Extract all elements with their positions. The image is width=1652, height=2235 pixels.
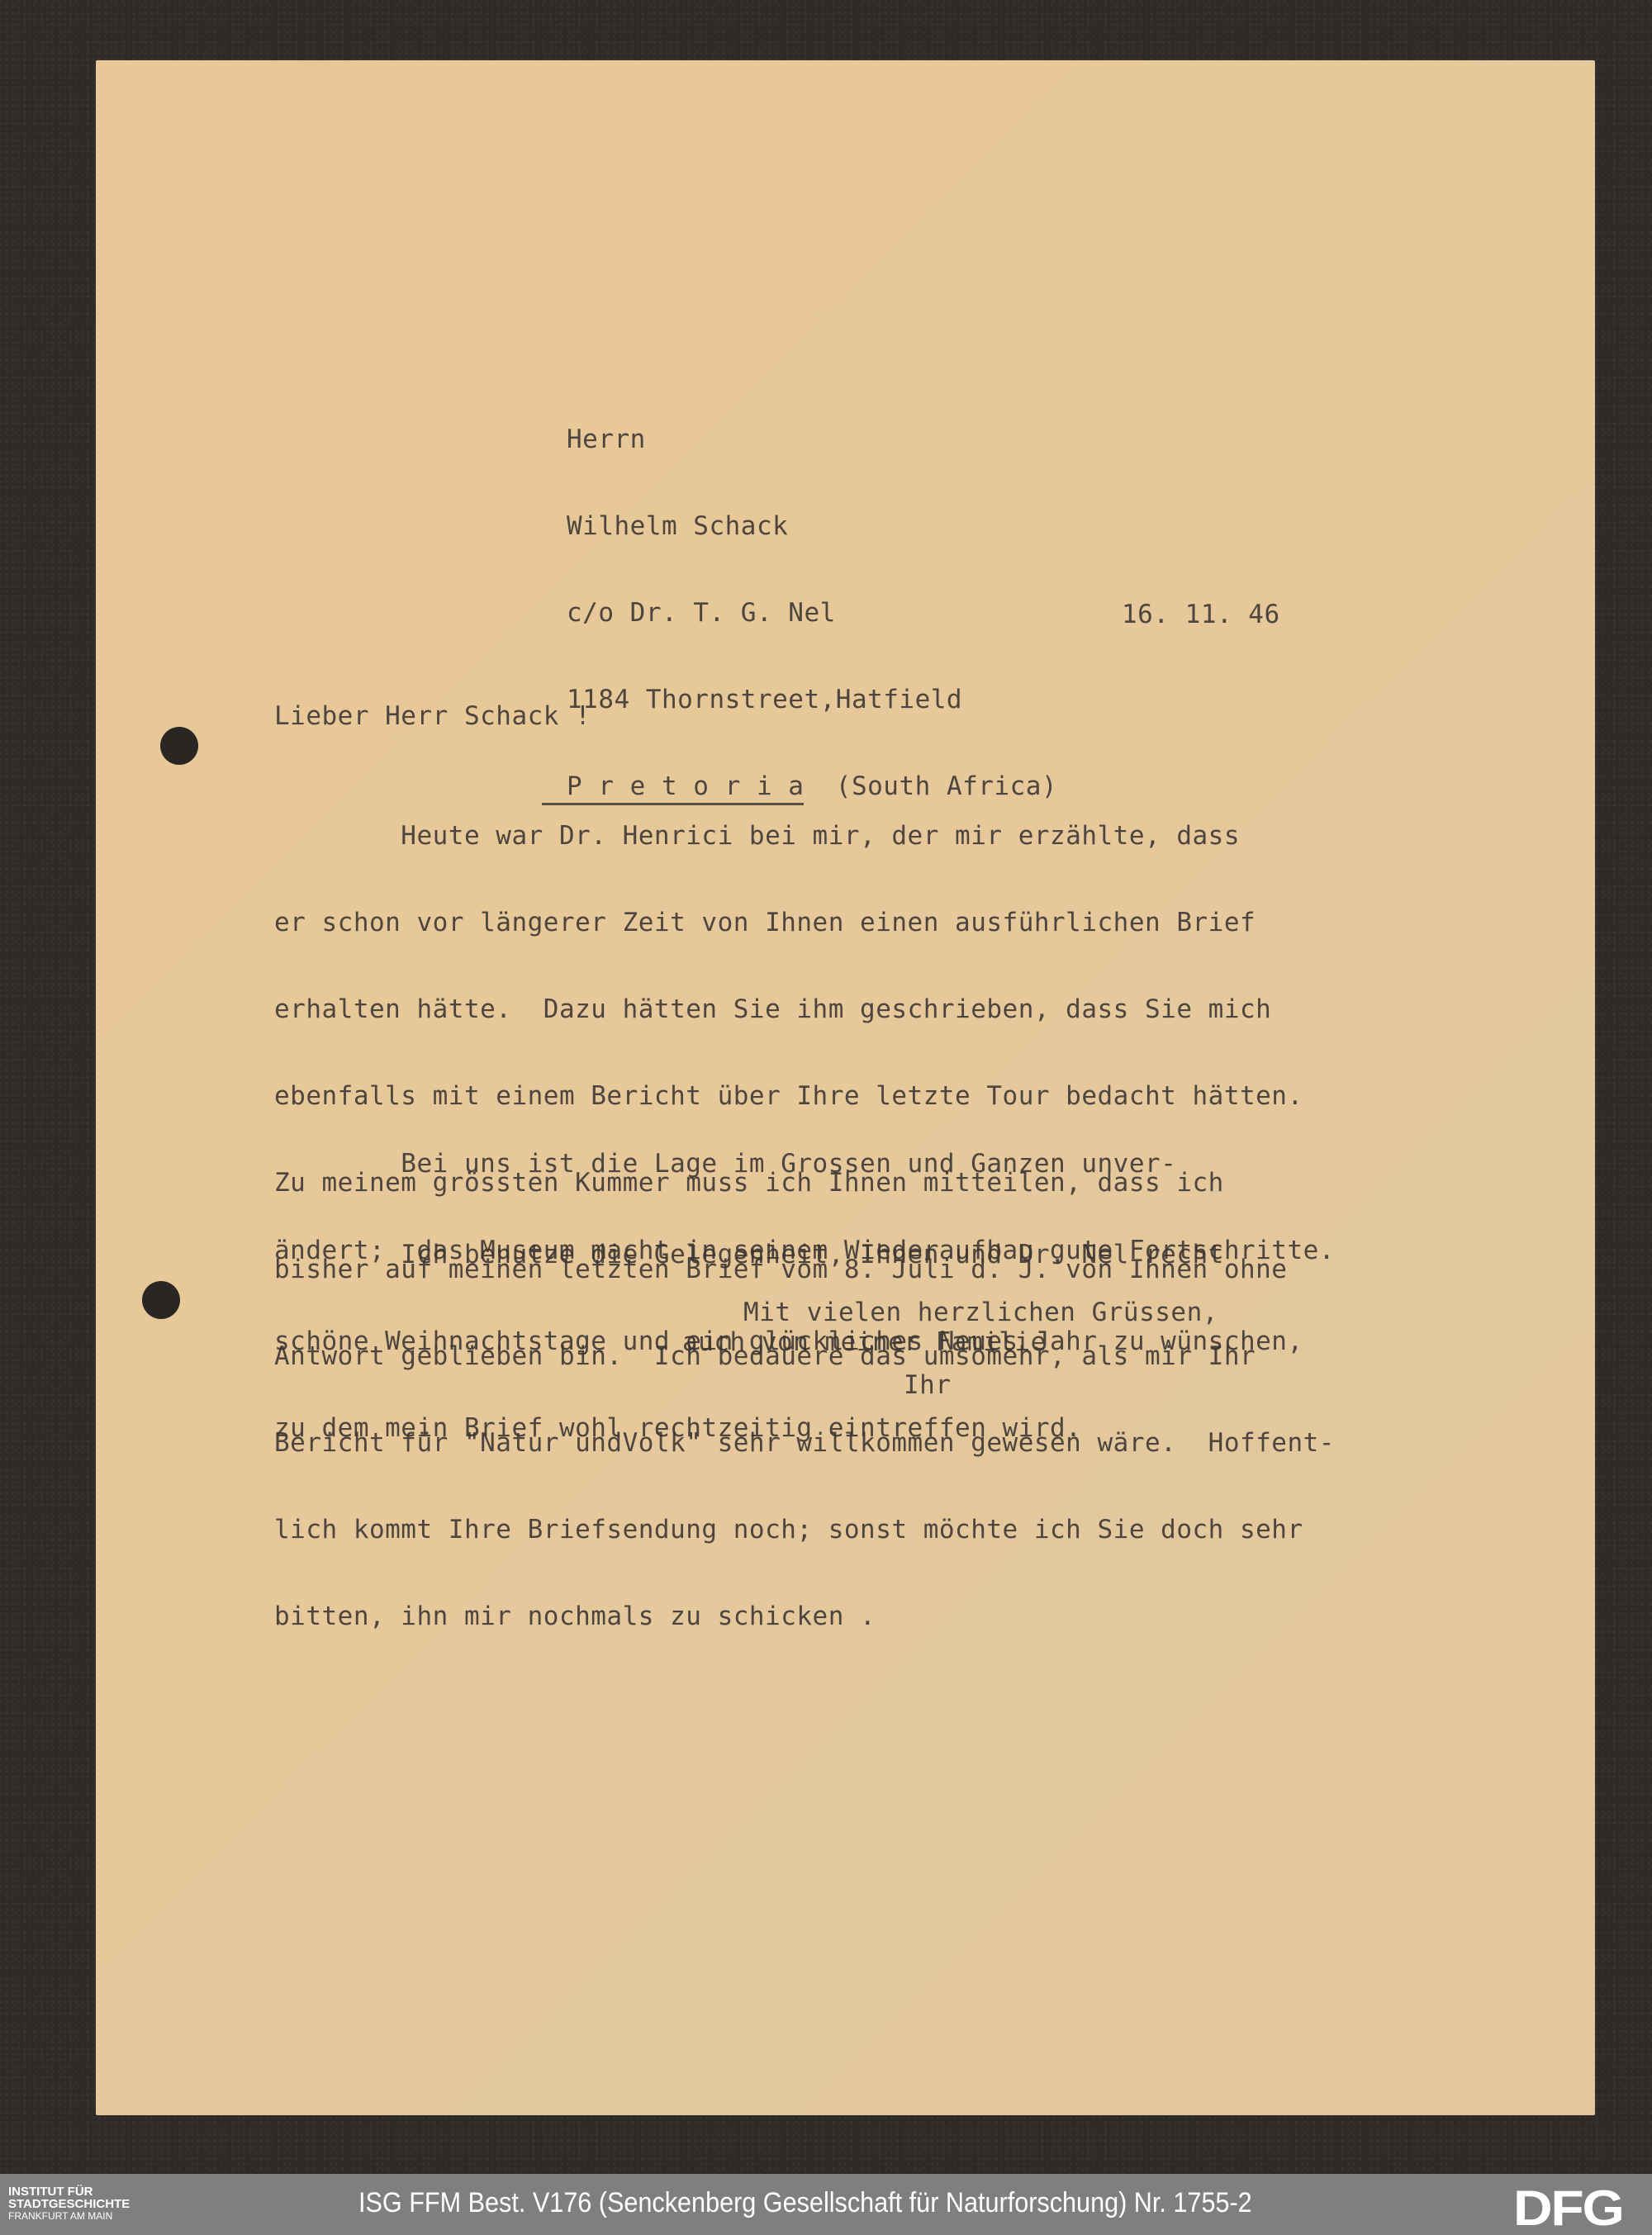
salutation: Lieber Herr Schack !: [274, 702, 591, 731]
closing-line-1: Mit vielen herzlichen Grüssen,: [743, 1298, 1218, 1327]
address-line: Herrn: [567, 425, 1057, 454]
archive-signature: ISG FFM Best. V176 (Senckenberg Gesellsc…: [358, 2185, 1252, 2220]
text-line: er schon vor längerer Zeit von Ihnen ein…: [274, 909, 1335, 937]
institution-line: INSTITUT FÜR: [8, 2185, 130, 2198]
institution-line: STADTGESCHICHTE: [8, 2198, 130, 2210]
text-line: Ich benutze die Gelegenheit, Ihnen und D…: [274, 1241, 1303, 1269]
punch-hole-top: [160, 727, 198, 765]
punch-hole-bottom: [142, 1281, 180, 1319]
text-line: Heute war Dr. Henrici bei mir, der mir e…: [274, 822, 1335, 851]
institution-logo: INSTITUT FÜR STADTGESCHICHTE FRANKFURT A…: [8, 2185, 130, 2223]
address-line: c/o Dr. T. G. Nel: [567, 599, 1057, 628]
institution-city: FRANKFURT AM MAIN: [8, 2210, 130, 2223]
text-line: erhalten hätte. Dazu hätten Sie ihm gesc…: [274, 995, 1335, 1024]
text-line: lich kommt Ihre Briefsendung noch; sonst…: [274, 1516, 1335, 1545]
text-line: Bei uns ist die Lage im Grossen und Ganz…: [274, 1150, 1335, 1179]
closing-line-2: auch von meiner Familie: [682, 1328, 1047, 1357]
dfg-logo: DFG: [1513, 2187, 1623, 2230]
archive-footer: INSTITUT FÜR STADTGESCHICHTE FRANKFURT A…: [0, 2174, 1652, 2235]
letter-date: 16. 11. 46: [1122, 600, 1280, 629]
text-line: zu dem mein Brief wohl rechtzeitig eintr…: [274, 1414, 1303, 1443]
text-line: bitten, ihn mir nochmals zu schicken .: [274, 1602, 1335, 1631]
address-line: 1184 Thornstreet,Hatfield: [567, 686, 1057, 714]
signoff: Ihr: [904, 1371, 952, 1400]
address-line: Wilhelm Schack: [567, 512, 1057, 541]
